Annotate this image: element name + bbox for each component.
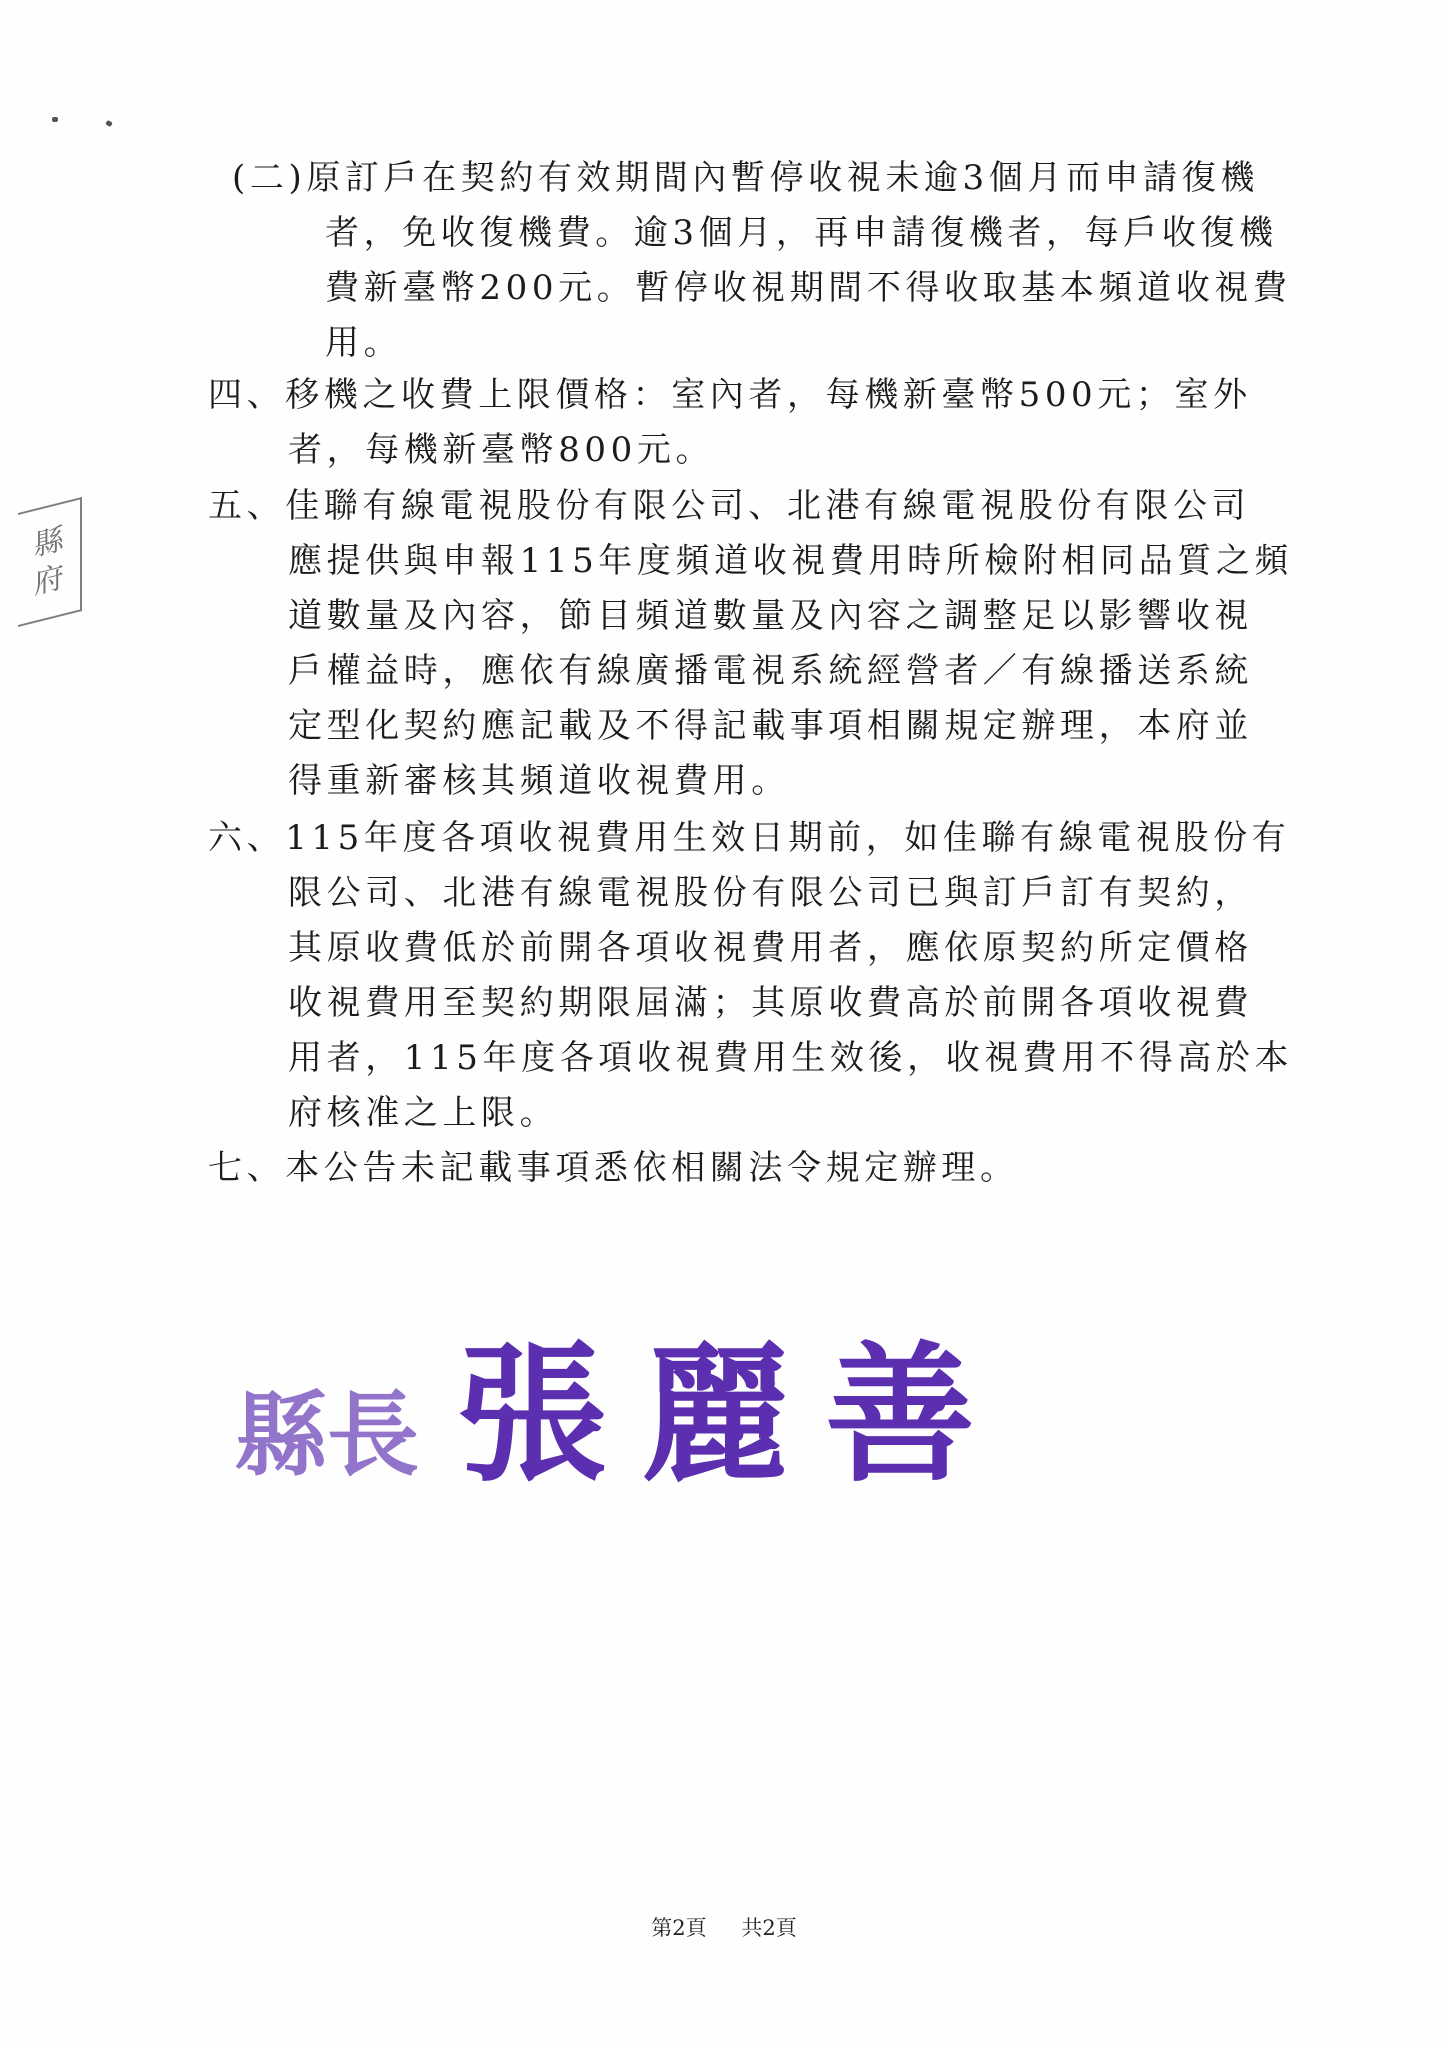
page-number: 第2頁	[651, 1916, 706, 1940]
text-line: 用者，115年度各項收視費用生效後，收視費用不得高於本	[288, 1038, 1293, 1078]
signature-name-char: 善	[825, 1330, 975, 1500]
text-line: 六、115年度各項收視費用生效日期前，如佳聯有線電視股份有	[208, 818, 1290, 858]
text-line: 得重新審核其頻道收視費用。	[288, 761, 790, 801]
seal-char: 府	[34, 559, 64, 604]
page-total: 共2頁	[741, 1916, 796, 1940]
text-line: (二)原訂戶在契約有效期間內暫停收視未逾3個月而申請復機	[232, 158, 1259, 198]
text-line: 府核准之上限。	[288, 1093, 558, 1133]
text-line: 道數量及內容，節目頻道數量及內容之調整足以影響收視	[288, 596, 1253, 636]
scan-speck	[105, 120, 113, 127]
text-line: 戶權益時，應依有線廣播電視系統經營者／有線播送系統	[288, 651, 1253, 691]
page-footer: 第2頁 共2頁	[0, 1912, 1448, 1942]
document-page: 縣 府 (二)原訂戶在契約有效期間內暫停收視未逾3個月而申請復機 者，免收復機費…	[0, 0, 1448, 2048]
text-line: 收視費用至契約期限屆滿；其原收費高於前開各項收視費	[288, 983, 1253, 1023]
text-line: 費新臺幣200元。暫停收視期間不得收取基本頻道收視費	[325, 268, 1292, 308]
text-line: 者，每機新臺幣800元。	[288, 430, 714, 470]
signature-title: 縣長	[235, 1370, 419, 1500]
signature-name-char: 張	[457, 1330, 607, 1500]
text-line: 四、移機之收費上限價格：室內者，每機新臺幣500元；室外	[208, 375, 1252, 415]
scan-speck	[52, 117, 58, 122]
text-line: 用。	[325, 323, 402, 363]
text-line: 五、佳聯有線電視股份有限公司、北港有線電視股份有限公司	[208, 486, 1250, 526]
magistrate-signature-stamp: 縣長 張 麗 善	[235, 1320, 1035, 1500]
text-line: 者，免收復機費。逾3個月，再申請復機者，每戶收復機	[325, 213, 1278, 253]
text-line: 七、本公告未記載事項悉依相關法令規定辦理。	[208, 1148, 1019, 1188]
text-line: 其原收費低於前開各項收視費用者，應依原契約所定價格	[288, 928, 1253, 968]
signature-name-char: 麗	[641, 1330, 791, 1500]
text-line: 定型化契約應記載及不得記載事項相關規定辦理，本府並	[288, 706, 1253, 746]
official-seal-stamp: 縣 府	[18, 497, 82, 627]
text-line: 限公司、北港有線電視股份有限公司已與訂戶訂有契約，	[288, 873, 1253, 913]
text-line: 應提供與申報115年度頻道收視費用時所檢附相同品質之頻	[288, 541, 1293, 581]
